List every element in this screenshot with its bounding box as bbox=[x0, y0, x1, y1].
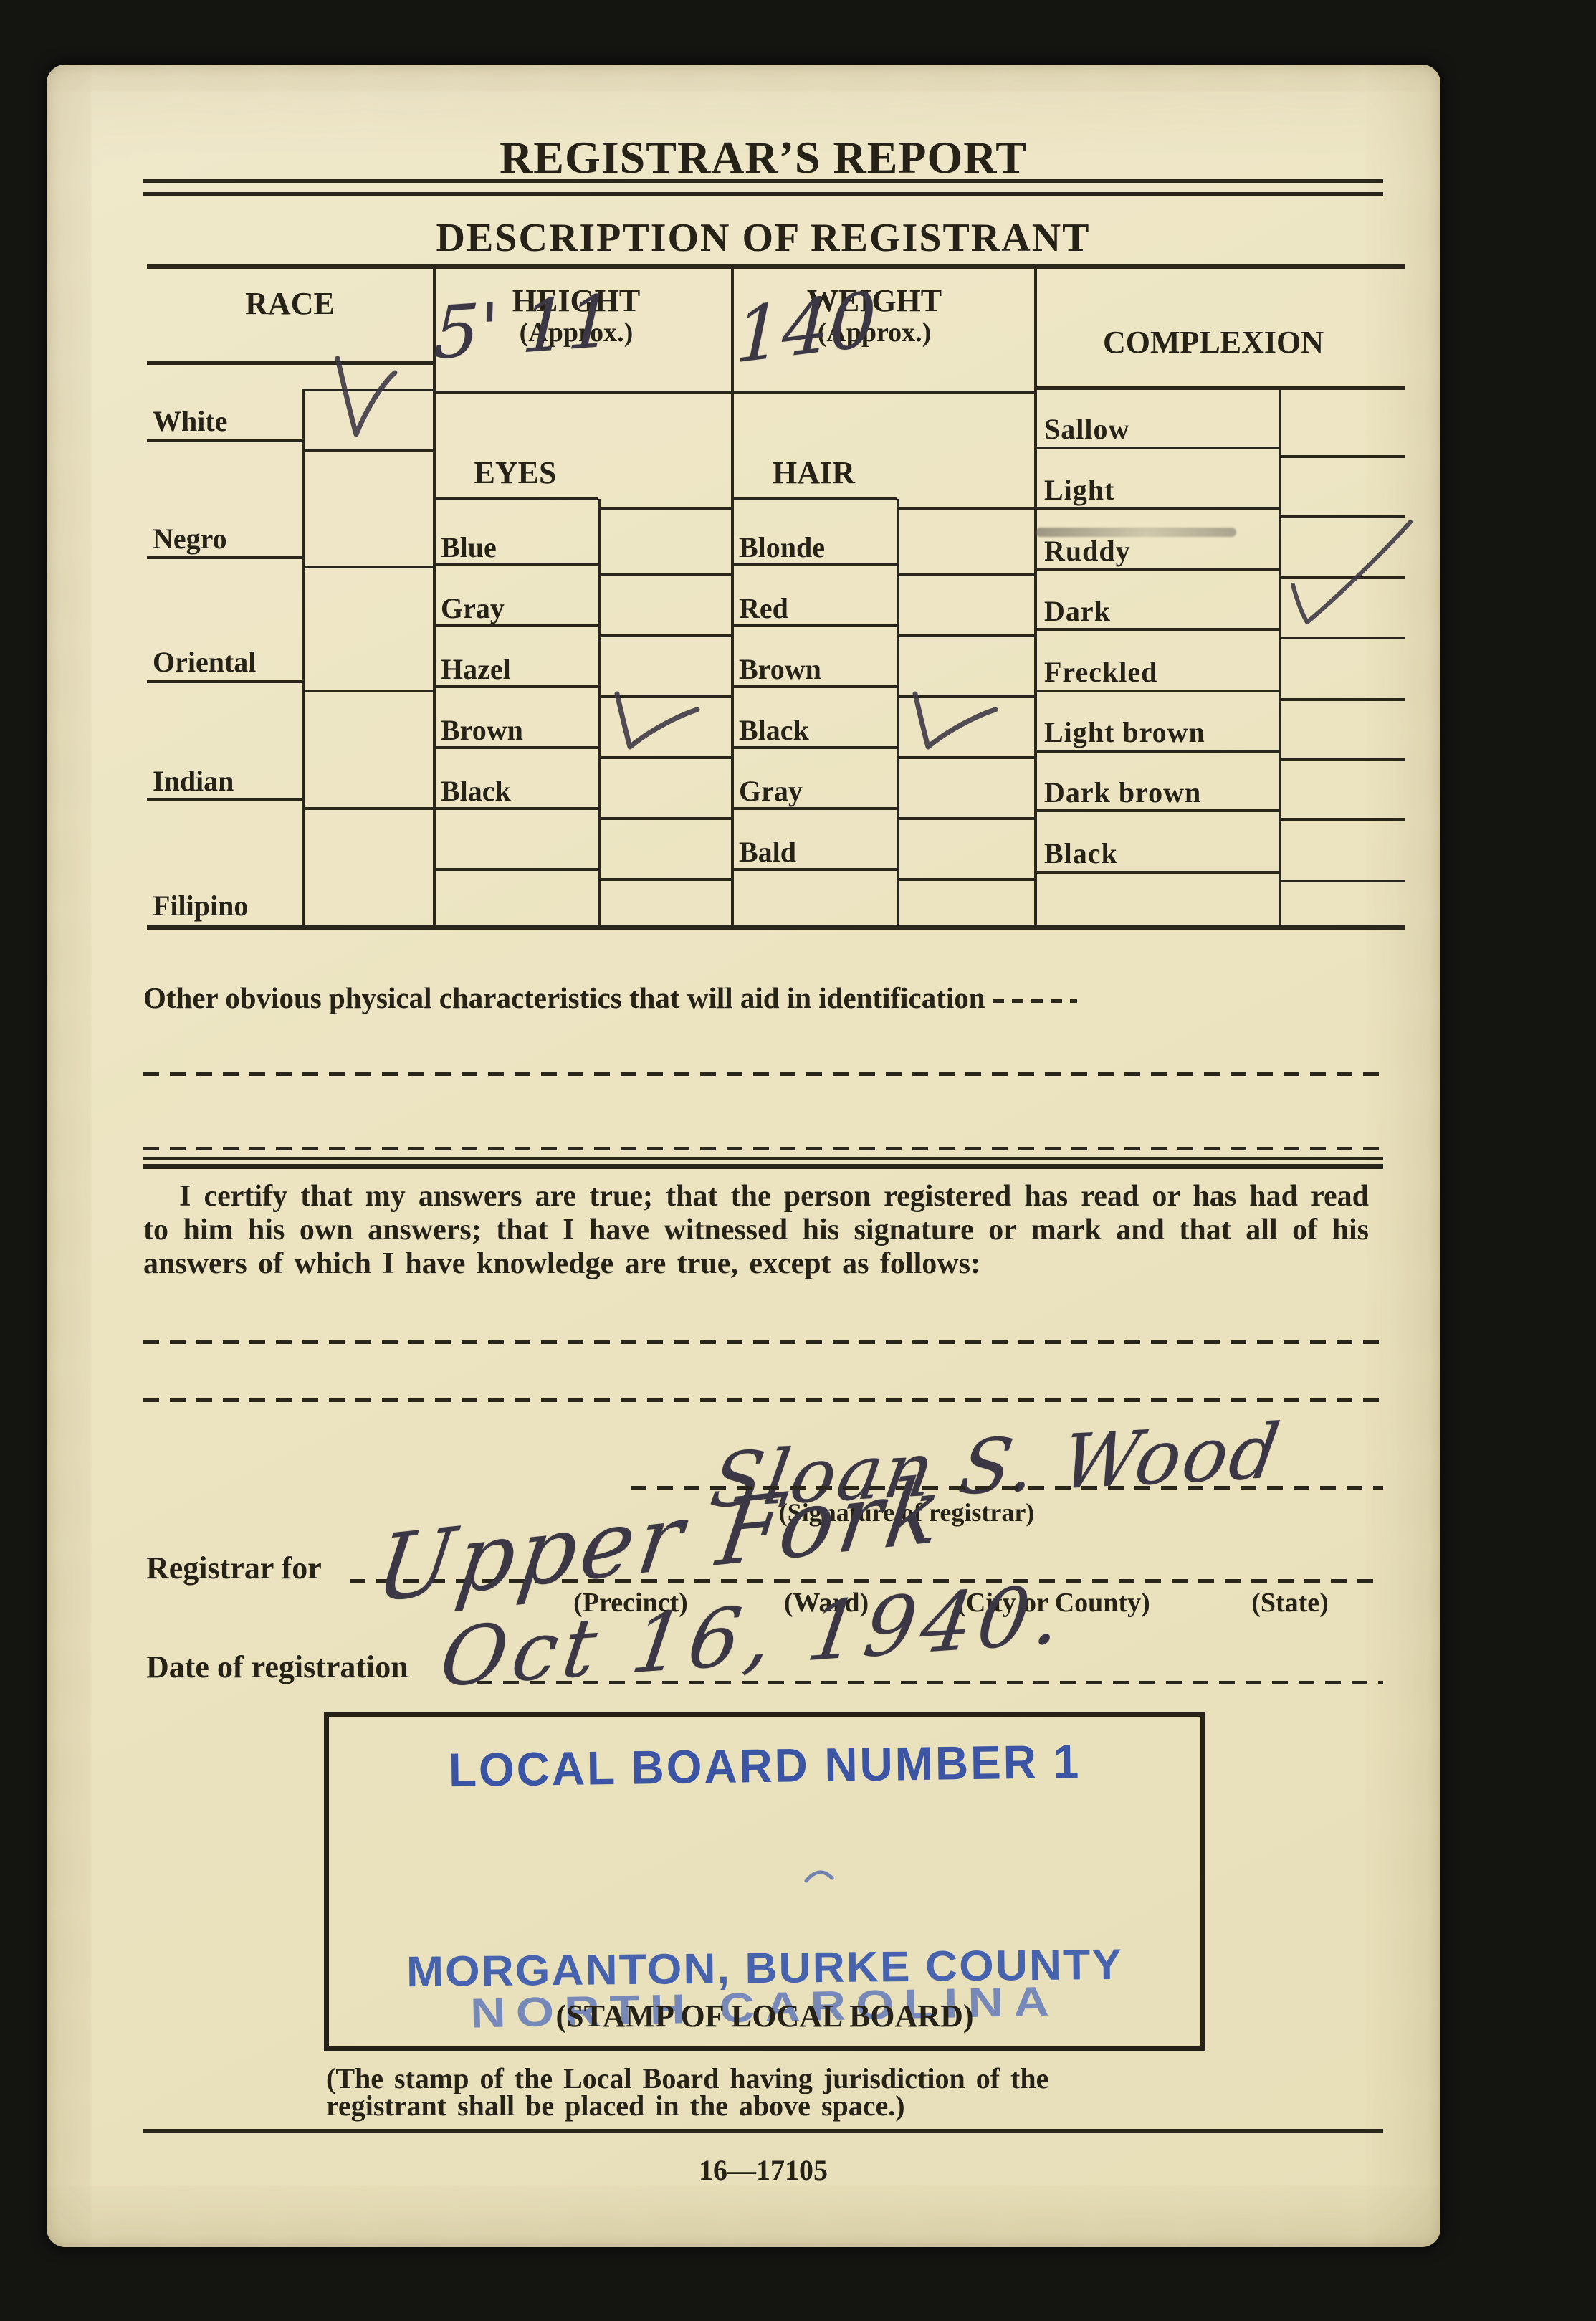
table-line bbox=[897, 878, 1034, 881]
certification-text: I certify that my answers are true; that… bbox=[143, 1180, 1369, 1281]
hair-option-black: Black bbox=[739, 713, 809, 747]
dashed-writing-line bbox=[143, 1340, 1383, 1344]
table-line bbox=[302, 690, 433, 692]
table-line bbox=[731, 391, 1034, 394]
complexion-option-light: Light bbox=[1044, 473, 1114, 507]
section-title: DESCRIPTION OF REGISTRANT bbox=[143, 215, 1383, 261]
table-divider bbox=[731, 264, 734, 930]
hair-option-gray: Gray bbox=[739, 774, 803, 808]
table-line bbox=[302, 807, 433, 810]
table-line bbox=[598, 634, 731, 637]
race-header: RACE bbox=[147, 285, 433, 322]
race-option-white: White bbox=[153, 404, 227, 438]
table-divider bbox=[1034, 264, 1037, 930]
race-option-negro: Negro bbox=[153, 522, 227, 556]
table-line bbox=[433, 685, 598, 688]
eyes-option-hazel: Hazel bbox=[441, 652, 511, 686]
bottom-rule bbox=[143, 2129, 1383, 2133]
table-line bbox=[1034, 447, 1279, 449]
table-divider bbox=[302, 389, 305, 925]
registration-card: REGISTRAR’S REPORT DESCRIPTION OF REGIST… bbox=[47, 65, 1440, 2247]
table-line bbox=[1279, 818, 1405, 821]
complexion-option-black: Black bbox=[1044, 837, 1118, 870]
complexion-option-light-brown: Light brown bbox=[1044, 715, 1205, 749]
table-line bbox=[147, 264, 1405, 269]
table-line bbox=[598, 573, 731, 576]
registrar-for-label: Registrar for bbox=[146, 1550, 322, 1586]
eyes-option-brown: Brown bbox=[441, 713, 523, 747]
table-line bbox=[1279, 455, 1405, 458]
race-option-filipino: Filipino bbox=[153, 889, 248, 923]
table-line bbox=[302, 566, 433, 568]
table-line bbox=[897, 573, 1034, 576]
table-divider bbox=[1279, 386, 1281, 925]
complexion-option-dark: Dark bbox=[1044, 594, 1111, 628]
table-line bbox=[1279, 758, 1405, 761]
height-value-handwriting: 5' 11 bbox=[432, 279, 614, 376]
table-line bbox=[1034, 507, 1279, 510]
hair-option-brown: Brown bbox=[739, 652, 821, 686]
table-line bbox=[1034, 628, 1279, 631]
table-line bbox=[1279, 880, 1405, 882]
table-line bbox=[147, 925, 1405, 930]
table-line bbox=[433, 807, 598, 810]
table-line bbox=[897, 634, 1034, 637]
description-table: RACE HEIGHT (Approx.) WEIGHT (Approx.) C… bbox=[147, 264, 1405, 932]
table-line bbox=[731, 868, 897, 871]
double-rule-top bbox=[143, 179, 1383, 183]
table-line bbox=[1034, 809, 1279, 812]
table-divider bbox=[598, 499, 601, 925]
eyes-header: EYES bbox=[433, 454, 598, 491]
hair-option-red: Red bbox=[739, 591, 788, 625]
eyes-option-black: Black bbox=[441, 774, 511, 808]
stamp-stray-mark bbox=[802, 1864, 836, 1884]
table-line bbox=[147, 798, 302, 801]
table-line bbox=[433, 624, 598, 627]
table-line bbox=[147, 439, 302, 442]
table-line bbox=[897, 507, 1034, 510]
race-option-oriental: Oriental bbox=[153, 645, 256, 679]
weight-value-handwriting: 140 bbox=[735, 275, 877, 380]
brown-eyes-checkmark bbox=[603, 687, 703, 760]
dashed-writing-line bbox=[143, 1398, 1383, 1402]
stamp-note-line2: registrant shall be placed in the above … bbox=[326, 2089, 905, 2122]
table-line bbox=[433, 563, 598, 566]
complexion-option-sallow: Sallow bbox=[1044, 412, 1129, 446]
table-line bbox=[302, 449, 433, 452]
table-line bbox=[731, 497, 897, 500]
table-line bbox=[147, 556, 302, 559]
complexion-option-freckled: Freckled bbox=[1044, 655, 1157, 689]
eyes-option-blue: Blue bbox=[441, 530, 497, 564]
complexion-header: COMPLEXION bbox=[1034, 324, 1392, 361]
form-number: 16—17105 bbox=[143, 2153, 1383, 2187]
table-line bbox=[1034, 568, 1279, 571]
fill-in-dashes bbox=[993, 999, 1077, 1003]
table-line bbox=[1034, 690, 1279, 692]
table-divider bbox=[897, 499, 899, 925]
card-sheet: REGISTRAR’S REPORT DESCRIPTION OF REGIST… bbox=[47, 65, 1437, 2247]
hair-option-blonde: Blonde bbox=[739, 530, 825, 564]
section-rule bbox=[143, 1157, 1383, 1160]
table-line bbox=[731, 746, 897, 749]
table-line bbox=[1034, 386, 1405, 390]
table-line bbox=[731, 624, 897, 627]
dashed-writing-line bbox=[143, 1147, 1383, 1150]
complexion-option-dark-brown: Dark brown bbox=[1044, 776, 1201, 809]
table-line bbox=[1034, 871, 1279, 874]
local-board-stamp-box: LOCAL BOARD NUMBER 1 MORGANTON, BURKE CO… bbox=[324, 1712, 1205, 2051]
date-of-registration-label: Date of registration bbox=[146, 1649, 408, 1685]
ink-smudge bbox=[1036, 528, 1236, 537]
table-line bbox=[1034, 750, 1279, 753]
table-line bbox=[731, 685, 897, 688]
complexion-option-ruddy: Ruddy bbox=[1044, 534, 1131, 568]
hair-option-bald: Bald bbox=[739, 835, 796, 869]
race-option-indian: Indian bbox=[153, 764, 234, 798]
section-rule bbox=[143, 1164, 1383, 1169]
table-line bbox=[433, 497, 598, 500]
table-line bbox=[147, 680, 302, 683]
table-line bbox=[897, 817, 1034, 820]
dashed-writing-line bbox=[143, 1072, 1383, 1076]
dark-complexion-checkmark bbox=[1283, 513, 1415, 629]
table-line bbox=[731, 807, 897, 810]
black-hair-checkmark bbox=[901, 687, 1001, 760]
table-line bbox=[598, 507, 731, 510]
other-characteristics-label: Other obvious physical characteristics t… bbox=[143, 981, 1077, 1015]
hair-header: HAIR bbox=[731, 454, 897, 491]
stamp-box-caption: (STAMP OF LOCAL BOARD) bbox=[329, 1998, 1200, 2034]
local-board-stamp-text: LOCAL BOARD NUMBER 1 bbox=[342, 1733, 1188, 1798]
eyes-option-gray: Gray bbox=[441, 591, 505, 625]
state-field-label: (State) bbox=[1251, 1587, 1329, 1619]
page-title: REGISTRAR’S REPORT bbox=[143, 131, 1383, 184]
other-characteristics-text: Other obvious physical characteristics t… bbox=[143, 981, 985, 1014]
table-line bbox=[433, 746, 598, 749]
table-line bbox=[433, 868, 598, 871]
double-rule-bottom bbox=[143, 192, 1383, 196]
table-line bbox=[598, 878, 731, 881]
table-line bbox=[731, 563, 897, 566]
table-line bbox=[1279, 698, 1405, 701]
table-line bbox=[598, 817, 731, 820]
table-line bbox=[1279, 637, 1405, 639]
table-line bbox=[433, 391, 731, 394]
white-race-checkmark bbox=[326, 348, 405, 445]
scanner-background: { "colors": { "background": "#141411", "… bbox=[0, 0, 1596, 2321]
